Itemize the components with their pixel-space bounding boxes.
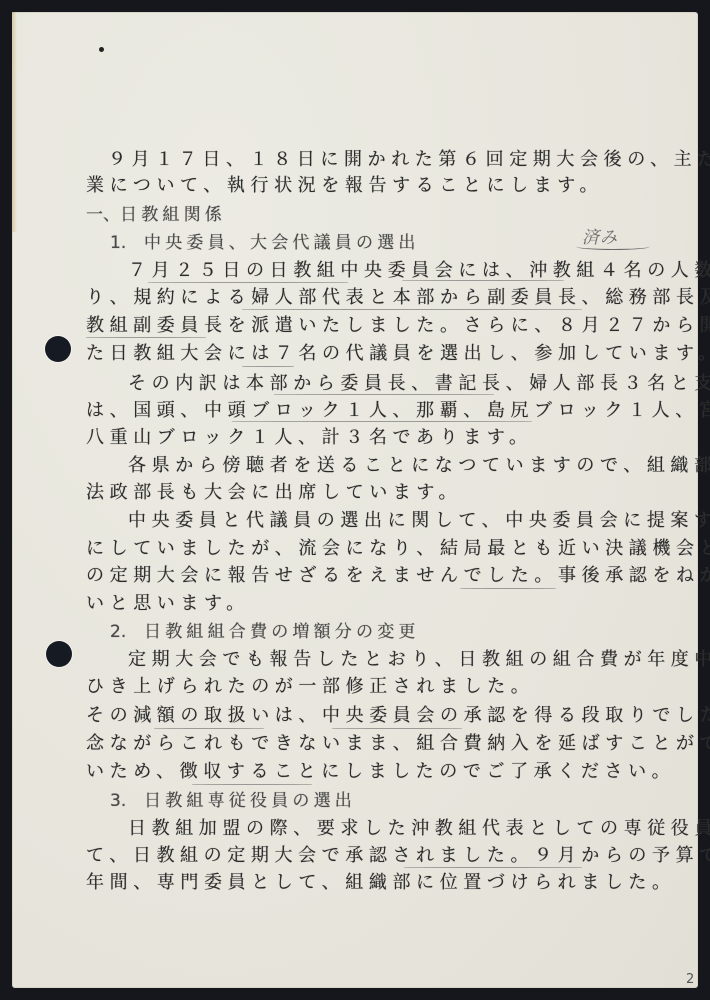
section-heading: 一、日教組関係 <box>86 203 226 227</box>
pencil-underline <box>402 280 564 281</box>
paragraph-line: いと思います。 <box>86 592 250 616</box>
pencil-underline <box>192 784 312 785</box>
paragraph-line: その減額の取扱いは、中央委員会の承認を得る段取りでしたが残 <box>86 704 710 728</box>
punch-hole-top <box>45 336 71 362</box>
paragraph-line: にしていましたが、流会になり、結局最とも近い決議機会として <box>86 537 710 561</box>
pencil-underline <box>332 728 462 729</box>
document-page: ９月１７日、１８日に開かれた第６回定期大会後の、主だつた事 業について、執行状況… <box>12 12 698 988</box>
pencil-underline <box>242 366 294 367</box>
paragraph-line: 定期大会でも報告したとおり、日教組の組合費が年度中ばいに <box>128 648 710 672</box>
paragraph-line: 教組副委員長を派遣いたしました。さらに、８月２７から開かれ <box>86 314 710 338</box>
pencil-underline <box>460 588 556 589</box>
section-marker: 一、 <box>86 203 120 227</box>
intro-line-1: ９月１７日、１８日に開かれた第６回定期大会後の、主だつた事 <box>108 148 710 172</box>
subsection-3-heading: 3.日教組専従役員の選出 <box>110 789 356 813</box>
punch-hole-bottom <box>46 641 72 667</box>
pencil-underline <box>274 394 494 395</box>
paragraph-line: 法政部長も大会に出席しています。 <box>86 481 462 505</box>
subsection-1-number: 1. <box>110 231 144 255</box>
paragraph-line: その内訳は本部から委員長、書記長、婦人部長３名と支部から <box>128 372 710 396</box>
section-title: 日教組関係 <box>120 205 226 225</box>
paragraph-line: 八重山ブロック１人、計３名であります。 <box>86 426 533 450</box>
annotation-underline <box>576 243 650 250</box>
ink-dot <box>99 47 104 52</box>
subsection-2-title: 日教組組合費の増額分の変更 <box>144 622 420 642</box>
pencil-underline <box>154 728 264 729</box>
paragraph-line: 年間、専門委員として、組織部に位置づけられました。 <box>86 871 676 895</box>
pencil-underline <box>86 337 206 338</box>
subsection-2-heading: 2.日教組組合費の増額分の変更 <box>110 620 420 644</box>
paper-edge-stain <box>12 12 17 232</box>
subsection-3-title: 日教組専従役員の選出 <box>144 791 356 811</box>
paragraph-line: た日教組大会には７名の代議員を選出し、参加しています。 <box>86 342 710 366</box>
paragraph-line: 各県から傍聴者を送ることになつていますので、組織部長と、 <box>128 454 710 478</box>
intro-line-2: 業について、執行状況を報告することにします。 <box>86 174 603 198</box>
paragraph-line: は、国頭、中頭ブロック１人、那覇、島尻ブロック１人、宮古、 <box>86 399 710 423</box>
pencil-underline <box>148 282 348 283</box>
subsection-1-heading: 1.中央委員、大会代議員の選出 <box>110 231 420 255</box>
paragraph-line: いため、徴収することにしましたのでご了承ください。 <box>86 760 675 784</box>
paragraph-line: 中央委員と代議員の選出に関して、中央委員会に提案すること <box>128 509 710 533</box>
page-number: 2 <box>686 972 694 987</box>
paragraph-line: て、日教組の定期大会で承認されました。９月からの予算で３ケ <box>86 844 710 868</box>
paragraph-line: の定期大会に報告せざるをえませんでした。事後承認をねがいた <box>86 564 710 588</box>
pencil-underline <box>232 421 532 422</box>
subsection-2-number: 2. <box>110 620 144 644</box>
paragraph-line: 念ながらこれもできないまま、組合費納入を延ばすことができな <box>86 732 710 756</box>
paragraph-line: 日教組加盟の際、要求した沖教組代表としての専従役員につい <box>128 817 710 841</box>
paragraph-line: り、規約による婦人部代表と本部から副委員長、総務部長及び高 <box>86 286 710 310</box>
paragraph-line: ひき上げられたのが一部修正されました。 <box>86 675 534 699</box>
pencil-underline <box>242 309 582 310</box>
subsection-3-number: 3. <box>110 789 144 813</box>
subsection-1-title: 中央委員、大会代議員の選出 <box>144 233 420 253</box>
